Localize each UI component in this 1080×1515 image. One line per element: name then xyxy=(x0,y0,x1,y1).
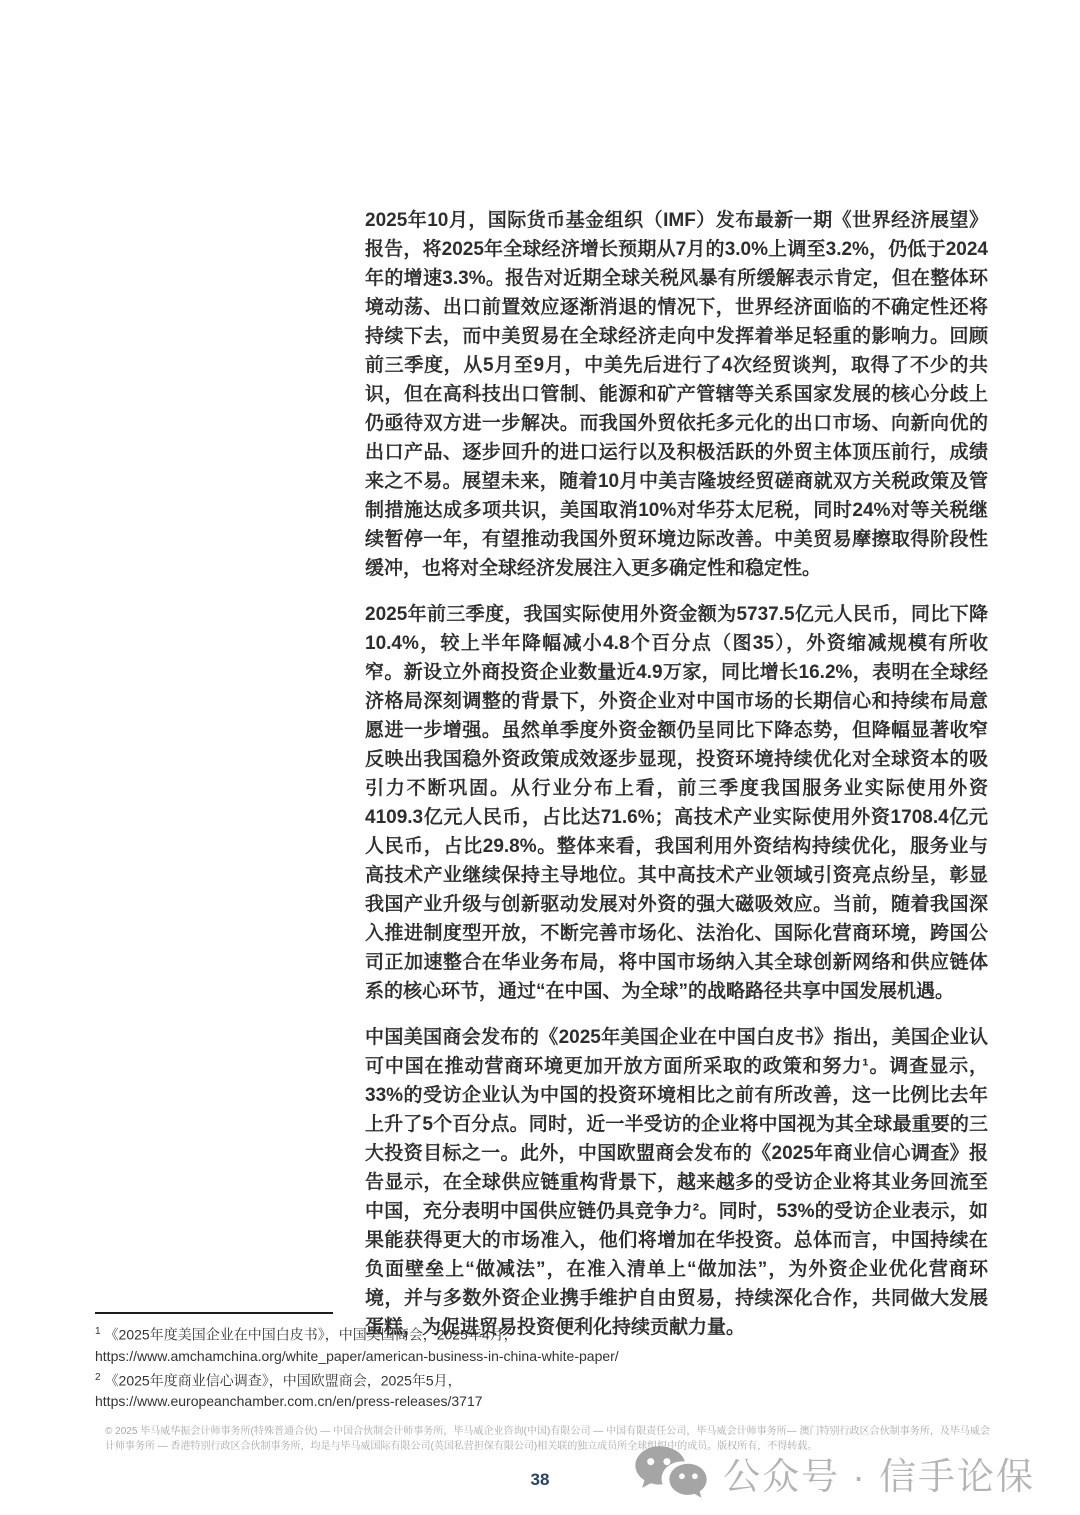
footnote-1-line: 1《2025年度美国企业在中国白皮书》，中国美国商会，2025年4月， xyxy=(95,1321,755,1346)
footnote-1-url-link[interactable]: https://www.amchamchina.org/white_paper/… xyxy=(95,1346,755,1367)
main-text-column: 2025年10月，国际货币基金组织（IMF）发布最新一期《世界经济展望》报告，将… xyxy=(365,206,988,1342)
footnote-2-text: 《2025年度商业信心调查》，中国欧盟商会，2025年5月， xyxy=(105,1372,462,1388)
footnote-item-1: 1《2025年度美国企业在中国白皮书》，中国美国商会，2025年4月， http… xyxy=(95,1321,755,1367)
footnote-divider xyxy=(95,1312,333,1314)
footnote-2-marker: 2 xyxy=(95,1372,101,1383)
wechat-icon xyxy=(632,1443,710,1503)
footnote-2-line: 2《2025年度商业信心调查》，中国欧盟商会，2025年5月， xyxy=(95,1367,755,1392)
paragraph-chamber-surveys: 中国美国商会发布的《2025年美国企业在中国白皮书》指出，美国企业认可中国在推动… xyxy=(365,1023,988,1342)
footnotes-section: 1《2025年度美国企业在中国白皮书》，中国美国商会，2025年4月， http… xyxy=(95,1312,755,1412)
footnote-1-marker: 1 xyxy=(95,1326,101,1337)
footnote-1-text: 《2025年度美国企业在中国白皮书》，中国美国商会，2025年4月， xyxy=(105,1327,518,1343)
paragraph-imf-outlook: 2025年10月，国际货币基金组织（IMF）发布最新一期《世界经济展望》报告，将… xyxy=(365,206,988,583)
watermark-text: 公众号 · 信手论保 xyxy=(723,1446,1035,1500)
document-page: 2025年10月，国际货币基金组织（IMF）发布最新一期《世界经济展望》报告，将… xyxy=(0,0,1080,1515)
footnote-2-url-link[interactable]: https://www.europeanchamber.com.cn/en/pr… xyxy=(95,1391,755,1412)
watermark: 公众号 · 信手论保 xyxy=(632,1443,1035,1503)
paragraph-fdi-data: 2025年前三季度，我国实际使用外资金额为5737.5亿元人民币，同比下降10.… xyxy=(365,600,988,1006)
footnote-item-2: 2《2025年度商业信心调查》，中国欧盟商会，2025年5月， https://… xyxy=(95,1367,755,1413)
